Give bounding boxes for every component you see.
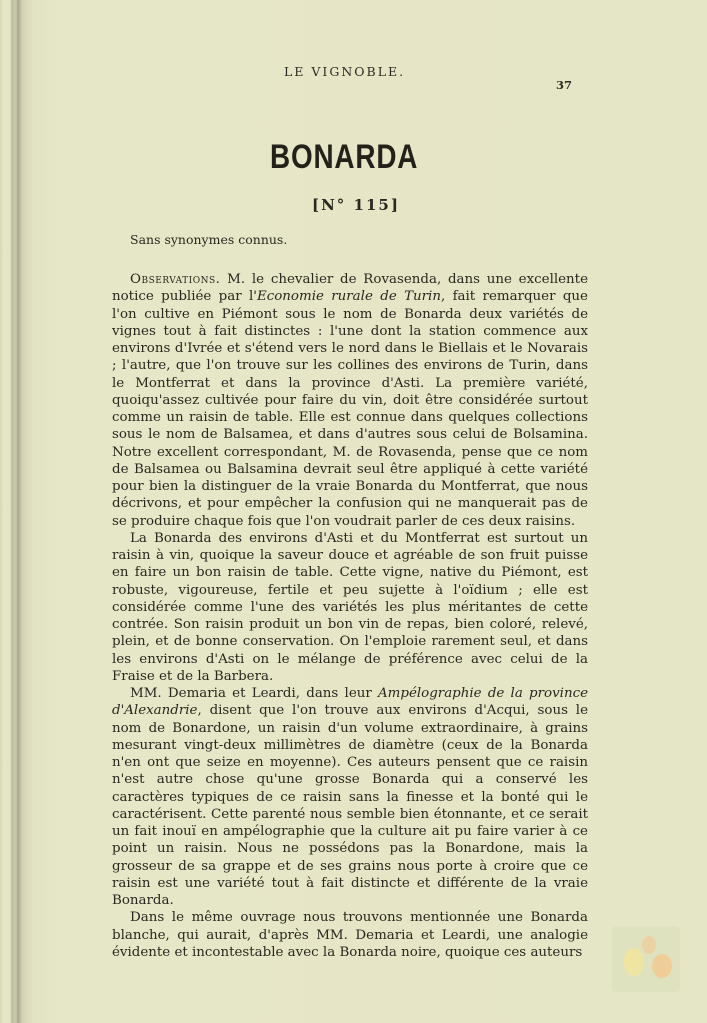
paragraph-observations: Observations. M. le chevalier de Rovasen… bbox=[112, 271, 588, 530]
text-run: , disent que l'on trouve aux environs d'… bbox=[112, 703, 588, 908]
book-page: LE VIGNOBLE. 37 BONARDA [N° 115] Sans sy… bbox=[0, 0, 707, 1023]
page-number: 37 bbox=[556, 78, 572, 92]
body-text: Observations. M. le chevalier de Rovasen… bbox=[112, 271, 588, 961]
sticker-shape bbox=[642, 936, 656, 954]
entry-title: BONARDA bbox=[270, 138, 418, 177]
entry-number: [N° 115] bbox=[312, 196, 400, 214]
paragraph-bonarda-blanche: Dans le même ouvrage nous trouvons menti… bbox=[112, 909, 588, 961]
text-run: , fait remarquer que l'on cultive en Pié… bbox=[112, 289, 588, 528]
text-run: MM. Demaria et Leardi, dans leur bbox=[130, 686, 378, 701]
synonyms-note: Sans synonymes connus. bbox=[130, 232, 287, 247]
running-head: LE VIGNOBLE. bbox=[284, 64, 405, 79]
sticker-shape bbox=[652, 954, 672, 978]
publication-title: Economie rurale de Turin bbox=[257, 289, 441, 304]
paragraph-description: La Bonarda des environs d'Asti et du Mon… bbox=[112, 530, 588, 685]
sticker-shape bbox=[624, 948, 644, 976]
observations-lead: Observations. bbox=[130, 272, 220, 287]
paragraph-bonardone: MM. Demaria et Leardi, dans leur Ampélog… bbox=[112, 685, 588, 909]
corner-sticker-image bbox=[612, 926, 680, 992]
